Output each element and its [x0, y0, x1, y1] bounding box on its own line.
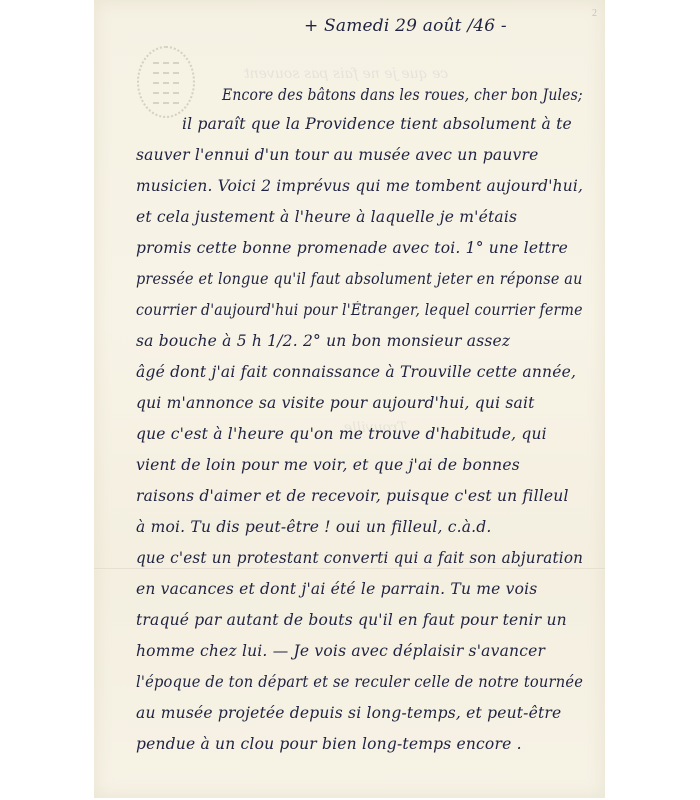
letter-line: il paraît que la Providence tient absolu…: [182, 115, 572, 133]
letter-line: homme chez lui. — Je vois avec déplaisir…: [136, 642, 545, 660]
page-mark: 2: [592, 8, 597, 19]
date-line: + Samedi 29 août /46 -: [304, 16, 507, 36]
letter-line: musicien. Voici 2 imprévus qui me tomben…: [136, 177, 583, 195]
letter-line: sauver l'ennui d'un tour au musée avec u…: [136, 146, 538, 164]
letter-line: pendue à un clou pour bien long-temps en…: [136, 735, 522, 753]
letter-line: et cela justement à l'heure à laquelle j…: [136, 208, 517, 226]
letter-line: que c'est à l'heure qu'on me trouve d'ha…: [136, 425, 547, 443]
letter-line: qui m'annonce sa visite pour aujourd'hui…: [136, 394, 535, 412]
ink-bleed-through: ce que je ne fais pas souvent: [244, 66, 448, 82]
letter-line: sa bouche à 5 h 1/2. 2° un bon monsieur …: [136, 332, 510, 350]
letter-page: 2 ce que je ne fais pas souvent Trouvill…: [94, 0, 605, 798]
letter-line: traqué par autant de bouts qu'il en faut…: [136, 611, 567, 629]
letter-line: âgé dont j'ai fait connaissance à Trouvi…: [136, 363, 576, 381]
letter-line: au musée projetée depuis si long-temps, …: [136, 704, 561, 722]
letter-line: en vacances et dont j'ai été le parrain.…: [136, 580, 537, 598]
letter-line: Encore des bâtons dans les roues, cher b…: [222, 86, 583, 104]
letter-line: courrier d'aujourd'hui pour l'Étranger, …: [136, 301, 583, 319]
letter-line: promis cette bonne promenade avec toi. 1…: [136, 239, 568, 257]
letter-line: à moi. Tu dis peut-être ! oui un filleul…: [136, 518, 492, 536]
paper-fold: [94, 568, 605, 570]
letter-line: pressée et longue qu'il faut absolument …: [136, 270, 583, 288]
letter-line: l'époque de ton départ et se reculer cel…: [136, 673, 583, 691]
letter-line: vient de loin pour me voir, et que j'ai …: [136, 456, 520, 474]
embossed-seal-icon: [137, 46, 195, 118]
letter-line: raisons d'aimer et de recevoir, puisque …: [136, 487, 569, 505]
letter-line: que c'est un protestant converti qui a f…: [136, 549, 583, 567]
